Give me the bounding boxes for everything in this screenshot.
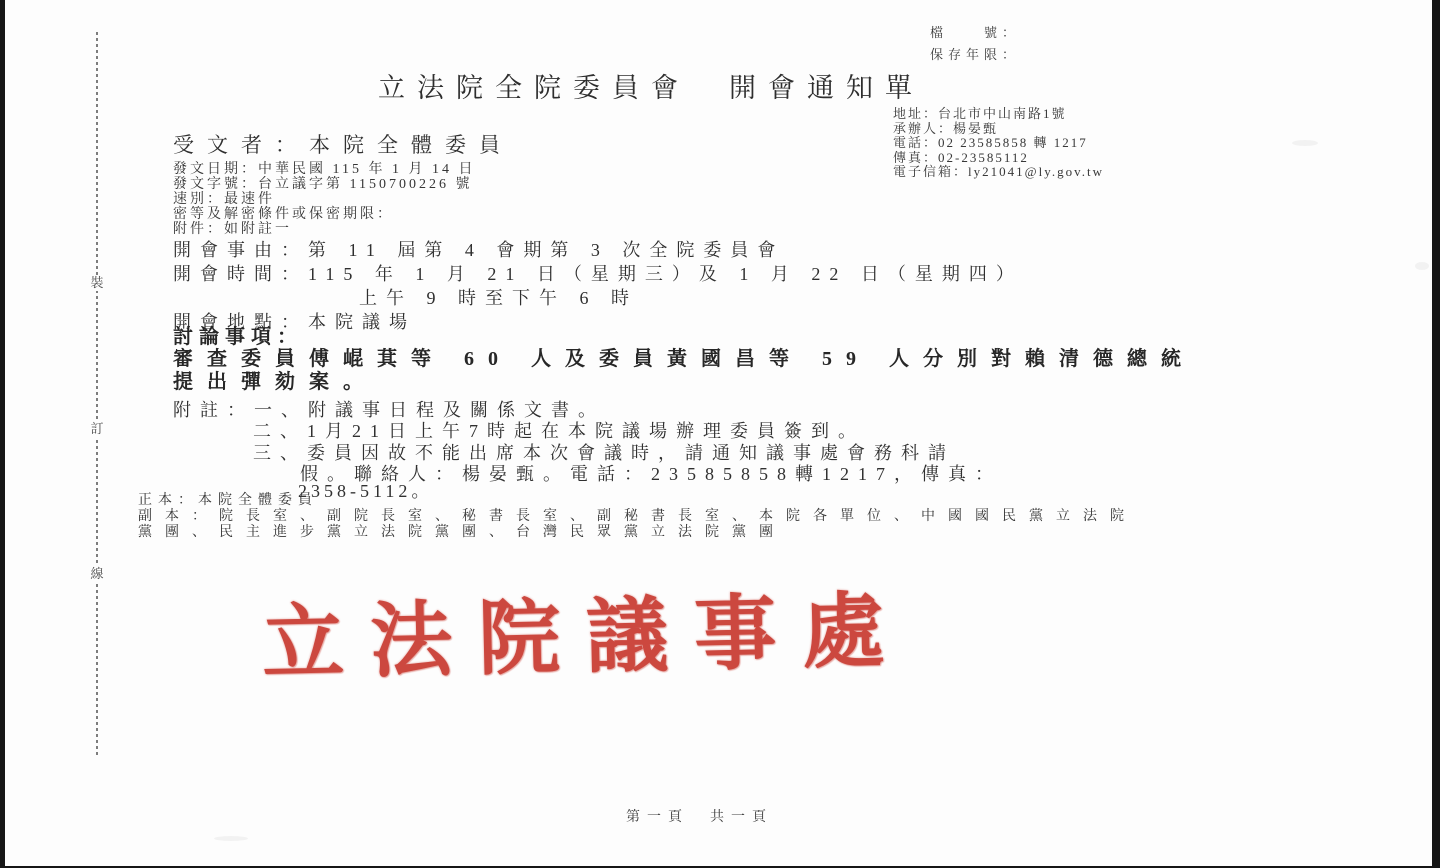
contact-phone: 電話：02 23585858 轉 1217 (893, 136, 1104, 151)
scan-artifact (1415, 262, 1429, 270)
attachment-note: 附件：如附註一 (173, 222, 475, 237)
binding-dashed-line (96, 32, 98, 756)
document-meta-block: 發文日期：中華民國 115 年 1 月 14 日 發文字號：台立議字第 1150… (173, 162, 475, 237)
meeting-time-line2: 上午 9 時至下午 6 時 (173, 286, 1023, 310)
meeting-subject: 開會事由：第 11 屆第 4 會期第 3 次全院委員會 (173, 238, 1023, 262)
distribution-original: 正本：本院全體委員 (138, 493, 1137, 509)
notes-label: 附註： (173, 400, 254, 420)
notes-block: 附註：一、附議事日程及關係文書。 二、1月21日上午7時起在本院議場辦理委員簽到… (173, 400, 605, 421)
recipient-line: 受文者：本院全體委員 (173, 129, 513, 159)
binding-mark-xian: 線 (84, 566, 110, 582)
scanned-meeting-notice: 裝 訂 線 檔 號： 保存年限： 立法院全院委員會 開會通知單 地址：台北市中山… (0, 0, 1440, 868)
scan-artifact (214, 836, 248, 841)
retention-period-label: 保存年限： (930, 44, 1020, 66)
archive-block: 檔 號： 保存年限： (930, 22, 1020, 66)
scan-edge-right (1432, 0, 1440, 868)
contact-email: 電子信箱：ly21041@ly.gov.tw (893, 165, 1104, 180)
meeting-time-line1: 開會時間：115 年 1 月 21 日（星期三）及 1 月 22 日（星期四） (173, 262, 1023, 286)
discussion-block: 討論事項： 審查委員傅崐萁等 60 人及委員黃國昌等 59 人分別對賴清德總統 … (173, 326, 1195, 394)
scan-artifact (1292, 140, 1318, 146)
contact-address: 地址：台北市中山南路1號 (893, 107, 1104, 122)
binding-mark-zhuang: 裝 (84, 275, 110, 291)
distribution-copy-line2: 黨團、民主進步黨立法院黨團、台灣民眾黨立法院黨團 (138, 525, 1137, 541)
distribution-copy-line1: 副本：院長室、副院長室、秘書長室、副秘書長室、本院各單位、中國國民黨立法院 (138, 509, 1137, 525)
distribution-block: 正本：本院全體委員 副本：院長室、副院長室、秘書長室、副秘書長室、本院各單位、中… (138, 493, 1137, 541)
issue-date: 發文日期：中華民國 115 年 1 月 14 日 (173, 162, 475, 177)
contact-block: 地址：台北市中山南路1號 承辦人：楊晏甄 電話：02 23585858 轉 12… (893, 107, 1104, 180)
discussion-heading: 討論事項： (173, 326, 1195, 348)
note-item-3-line1: 三、委員因故不能出席本次會議時，請通知議事處會務科請 (253, 443, 955, 464)
contact-fax: 傳真：02-23585112 (893, 151, 1104, 166)
document-number: 發文字號：台立議字第 1150700226 號 (173, 177, 475, 192)
contact-person: 承辦人：楊晏甄 (893, 122, 1104, 137)
notes-row1: 附註：一、附議事日程及關係文書。 (173, 400, 605, 421)
file-number-label: 檔 號： (930, 22, 1020, 44)
binding-mark-ding: 訂 (84, 421, 110, 437)
discussion-line1: 審查委員傅崐萁等 60 人及委員黃國昌等 59 人分別對賴清德總統 (173, 348, 1195, 371)
meeting-details-block: 開會事由：第 11 屆第 4 會期第 3 次全院委員會 開會時間：115 年 1… (173, 238, 1023, 334)
document-title: 立法院全院委員會 開會通知單 (378, 66, 924, 105)
priority-level: 速別：最速件 (173, 192, 475, 207)
secrecy-clause: 密等及解密條件或保密期限： (173, 207, 475, 222)
note-item-1: 一、附議事日程及關係文書。 (254, 400, 605, 420)
proceedings-office-stamp: 立法院議事處 (261, 565, 911, 696)
note-item-2: 二、1月21日上午7時起在本院議場辦理委員簽到。 (253, 421, 865, 442)
scan-edge-left (0, 0, 5, 868)
discussion-line2: 提出彈劾案。 (173, 371, 1195, 394)
page-number-footer: 第一頁 共一頁 (626, 806, 773, 826)
